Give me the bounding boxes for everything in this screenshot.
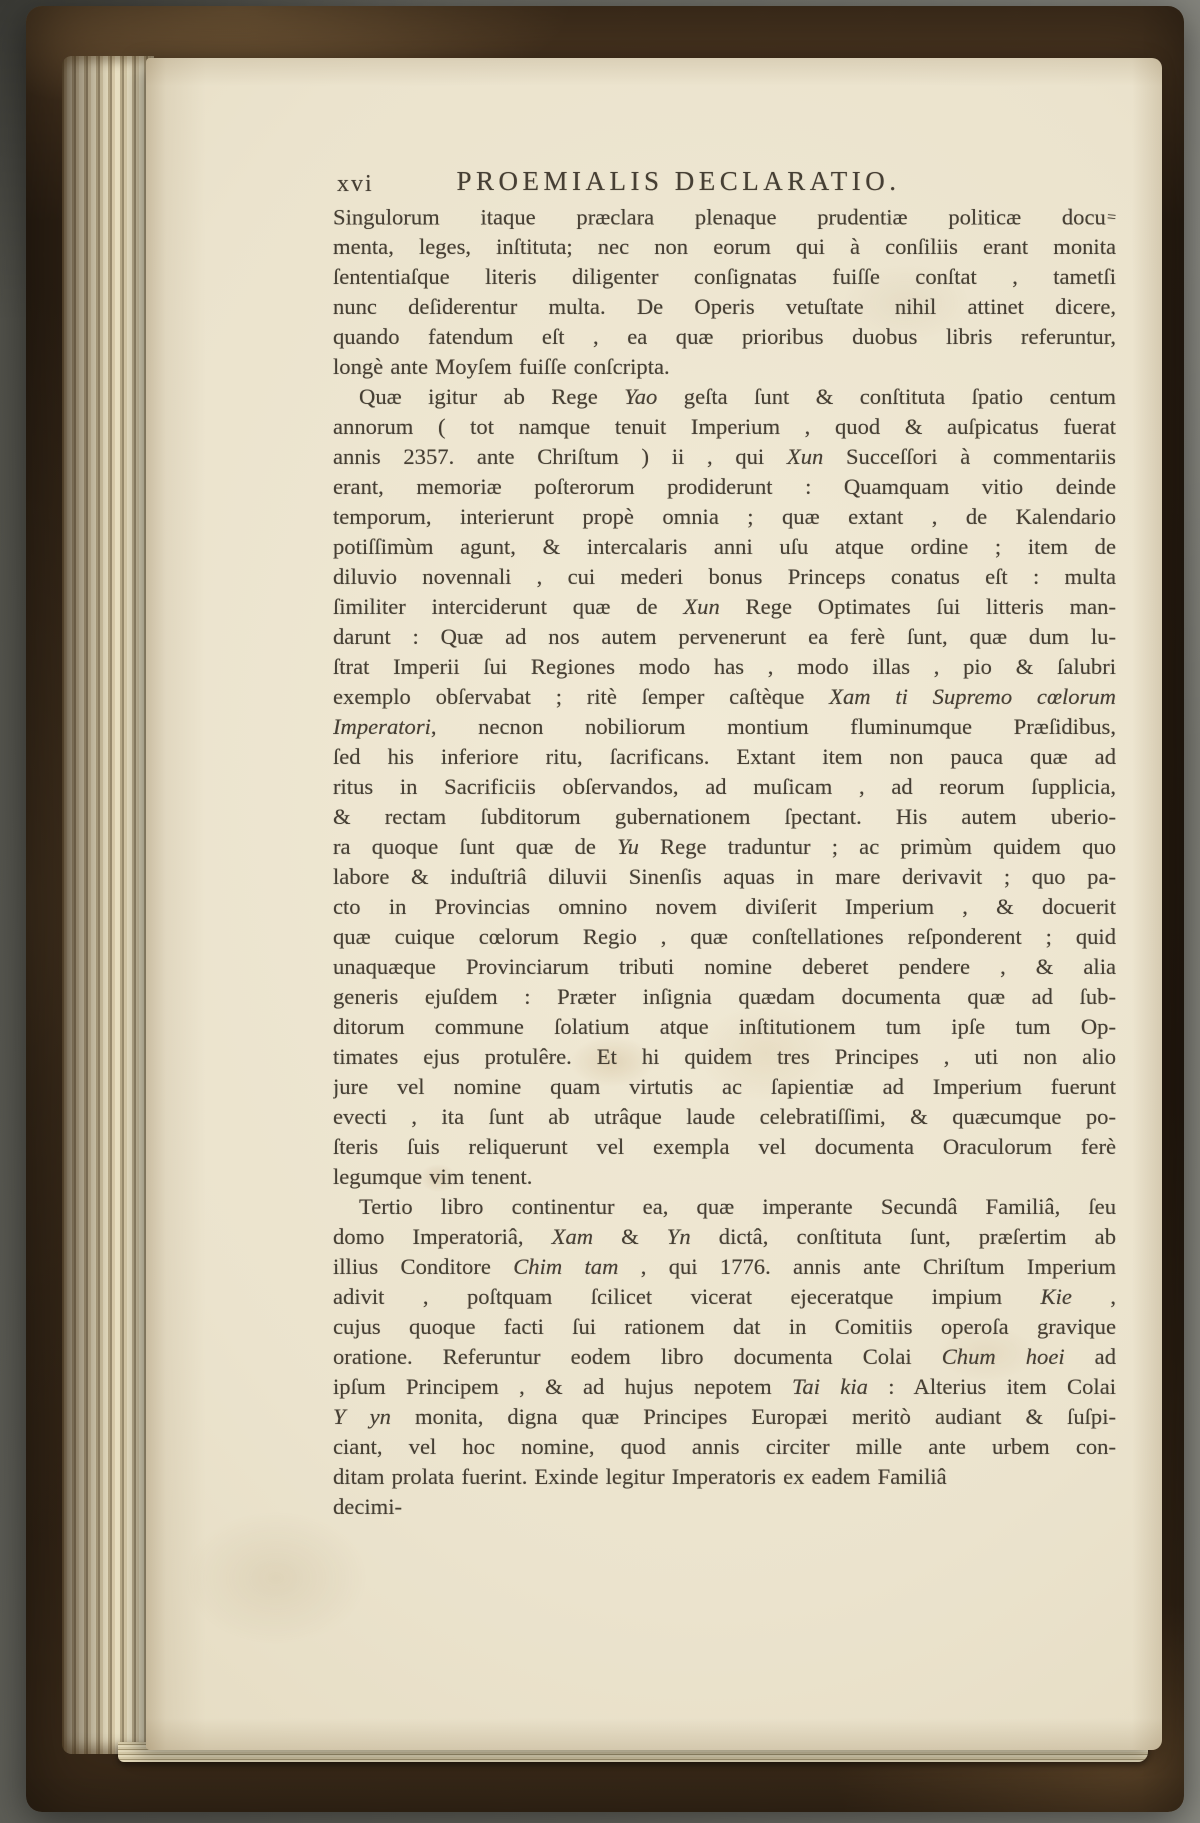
text-segment: adivit , poſtquam ſcilicet vicerat ejece…: [333, 1284, 1041, 1309]
text-segment: quæ cuique cœlorum Regio , quæ conſtella…: [333, 924, 1116, 949]
text-line: evecti , ita ſunt ab utrâque laude celeb…: [333, 1102, 1116, 1132]
text-line: quæ cuique cœlorum Regio , quæ conſtella…: [333, 922, 1116, 952]
text-line: longè ante Moyſem fuiſſe conſcripta.: [333, 352, 1116, 382]
text-line: & rectam ſubditorum gubernationem ſpecta…: [333, 802, 1116, 832]
text-line: jure vel nomine quam virtutis ac ſapient…: [333, 1072, 1116, 1102]
text-segment: diluvio novennali , cui mederi bonus Pri…: [333, 564, 1116, 589]
text-segment: annorum ( tot namque tenuit Imperium , q…: [333, 414, 1116, 439]
paragraph: Tertio libro continentur ea, quæ imperan…: [333, 1192, 1116, 1492]
text-line: diluvio novennali , cui mederi bonus Pri…: [333, 562, 1116, 592]
text-segment: cujus quoque facti ſui rationem dat in C…: [333, 1314, 1116, 1339]
text-line: timates ejus protulêre. Et hi quidem tre…: [333, 1042, 1116, 1072]
text-line: oratione. Referuntur eodem libro documen…: [333, 1342, 1116, 1372]
text-segment: dictâ, conſtituta ſunt, præſertim ab: [691, 1224, 1116, 1249]
italic-term: Imperatori: [333, 714, 431, 739]
text-segment: jure vel nomine quam virtutis ac ſapient…: [333, 1074, 1116, 1099]
text-segment: legumque vim tenent.: [333, 1164, 532, 1189]
text-segment: ditam prolata fuerint. Exinde legitur Im…: [333, 1464, 947, 1489]
text-segment: ditorum commune ſolatium atque inſtituti…: [333, 1014, 1116, 1039]
text-segment: unaquæque Provinciarum tributi nomine de…: [333, 954, 1116, 979]
paragraph: Singulorum itaque præclara plenaque prud…: [333, 202, 1116, 382]
text-line: unaquæque Provinciarum tributi nomine de…: [333, 952, 1116, 982]
page-number: xvi: [337, 171, 374, 198]
text-line: Imperatori, necnon nobiliorum montium fl…: [333, 712, 1116, 742]
text-body: Singulorum itaque præclara plenaque prud…: [333, 202, 1116, 1522]
text-block: xvi PROEMIALIS DECLARATIO. Singulorum it…: [333, 166, 1116, 1522]
italic-term: Chim tam: [513, 1254, 618, 1279]
italic-term: Yn: [667, 1224, 691, 1249]
running-title: PROEMIALIS DECLARATIO.: [333, 166, 1116, 197]
text-segment: menta, leges, inſtituta; nec non eorum q…: [333, 234, 1116, 259]
catchword: decimi-: [333, 1492, 1116, 1522]
text-segment: monita, digna quæ Principes Europæi meri…: [391, 1404, 1116, 1429]
text-segment: evecti , ita ſunt ab utrâque laude celeb…: [333, 1104, 1116, 1129]
text-segment: &: [593, 1224, 667, 1249]
italic-term: Xam: [552, 1224, 593, 1249]
text-segment: longè ante Moyſem fuiſſe conſcripta.: [333, 354, 670, 379]
text-line: nunc deſiderentur multa. De Operis vetuſ…: [333, 292, 1116, 322]
text-line: generis ejuſdem : Præter inſignia quædam…: [333, 982, 1116, 1012]
text-line: labore & induſtriâ diluvii Sinenſis aqua…: [333, 862, 1116, 892]
text-segment: labore & induſtriâ diluvii Sinenſis aqua…: [333, 864, 1116, 889]
text-segment: darunt : Quæ ad nos autem pervenerunt ea…: [333, 624, 1116, 649]
text-line: annis 2357. ante Chriſtum ) ii , qui Xun…: [333, 442, 1116, 472]
text-segment: timates ejus protulêre. Et hi quidem tre…: [333, 1044, 1116, 1069]
text-segment: ſtrat Imperii ſui Regiones modo has , mo…: [333, 654, 1116, 679]
text-segment: ciant, vel hoc nomine, quod annis circit…: [333, 1434, 1116, 1459]
text-line: menta, leges, inſtituta; nec non eorum q…: [333, 232, 1116, 262]
text-segment: : Alterius item Colai: [868, 1374, 1116, 1399]
text-line: ſententiaſque literis diligenter conſign…: [333, 262, 1116, 292]
text-line: adivit , poſtquam ſcilicet vicerat ejece…: [333, 1282, 1116, 1312]
text-segment: ,: [1072, 1284, 1116, 1309]
text-line: quando fatendum eſt , ea quæ prioribus d…: [333, 322, 1116, 352]
text-segment: Rege Optimates ſui litteris man-: [720, 594, 1116, 619]
text-line: ſed his inferiore ritu, ſacrificans. Ext…: [333, 742, 1116, 772]
italic-term: Xam ti Supremo cœlorum: [829, 684, 1116, 709]
text-segment: ſed his inferiore ritu, ſacrificans. Ext…: [333, 744, 1116, 769]
text-segment: Rege traduntur ; ac primùm quidem quo: [639, 834, 1116, 859]
text-line: Quæ igitur ab Rege Yao geſta ſunt & conſ…: [333, 382, 1116, 412]
text-line: temporum, interierunt propè omnia ; quæ …: [333, 502, 1116, 532]
italic-term: Tai kia: [792, 1374, 868, 1399]
text-segment: generis ejuſdem : Præter inſignia quædam…: [333, 984, 1116, 1009]
italic-term: Yu: [617, 834, 639, 859]
text-segment: ſimiliter interciderunt quæ de: [333, 594, 683, 619]
paragraph: Quæ igitur ab Rege Yao geſta ſunt & conſ…: [333, 382, 1116, 1192]
text-line: ditorum commune ſolatium atque inſtituti…: [333, 1012, 1116, 1042]
text-segment: geſta ſunt & conſtituta ſpatio centum: [657, 384, 1116, 409]
text-segment: quando fatendum eſt , ea quæ prioribus d…: [333, 324, 1116, 349]
text-line: ſimiliter interciderunt quæ de Xun Rege …: [333, 592, 1116, 622]
italic-term: Chum hoei: [942, 1344, 1065, 1369]
text-segment: Succeſſori à commentariis: [823, 444, 1116, 469]
italic-term: Xun: [683, 594, 719, 619]
text-segment: ipſum Principem , & ad hujus nepotem: [333, 1374, 792, 1399]
double-hyphen-mark: =: [1105, 202, 1116, 232]
text-segment: cto in Provincias omnino novem diviſerit…: [333, 894, 1116, 919]
italic-term: Yao: [624, 384, 657, 409]
text-line: Singulorum itaque præclara plenaque prud…: [333, 202, 1116, 232]
text-line: exemplo obſervabat ; ritè ſemper caſtèqu…: [333, 682, 1116, 712]
text-line: ra quoque ſunt quæ de Yu Rege traduntur …: [333, 832, 1116, 862]
text-segment: & rectam ſubditorum gubernationem ſpecta…: [333, 804, 1116, 829]
text-line: ſteris ſuis reliquerunt vel exempla vel …: [333, 1132, 1116, 1162]
text-line: annorum ( tot namque tenuit Imperium , q…: [333, 412, 1116, 442]
italic-term: Xun: [787, 444, 823, 469]
text-segment: domo Imperatoriâ,: [333, 1224, 552, 1249]
text-segment: erant, memoriæ poſterorum prodiderunt : …: [333, 474, 1116, 499]
text-line: potiſſimùm agunt, & intercalaris anni uſ…: [333, 532, 1116, 562]
text-line: ſtrat Imperii ſui Regiones modo has , mo…: [333, 652, 1116, 682]
text-segment: oratione. Referuntur eodem libro documen…: [333, 1344, 942, 1369]
page-header: xvi PROEMIALIS DECLARATIO.: [333, 166, 1116, 200]
text-line: legumque vim tenent.: [333, 1162, 1116, 1192]
text-segment: Quæ igitur ab Rege: [359, 384, 624, 409]
text-line: cto in Provincias omnino novem diviſerit…: [333, 892, 1116, 922]
italic-term: Kie: [1041, 1284, 1072, 1309]
text-segment: Singulorum itaque præclara plenaque prud…: [333, 205, 1106, 230]
text-line: ipſum Principem , & ad hujus nepotem Tai…: [333, 1372, 1116, 1402]
text-segment: temporum, interierunt propè omnia ; quæ …: [333, 504, 1116, 529]
text-line: Tertio libro continentur ea, quæ imperan…: [333, 1192, 1116, 1222]
text-segment: , necnon nobiliorum montium fluminumque …: [431, 714, 1116, 739]
text-segment: potiſſimùm agunt, & intercalaris anni uſ…: [333, 534, 1116, 559]
text-line: illius Conditore Chim tam , qui 1776. an…: [333, 1252, 1116, 1282]
text-line: darunt : Quæ ad nos autem pervenerunt ea…: [333, 622, 1116, 652]
text-segment: ſteris ſuis reliquerunt vel exempla vel …: [333, 1134, 1116, 1159]
text-segment: exemplo obſervabat ; ritè ſemper caſtèqu…: [333, 684, 829, 709]
text-line: ditam prolata fuerint. Exinde legitur Im…: [333, 1462, 1116, 1492]
text-segment: ritus in Sacrificiis obſervandos, ad muſ…: [333, 774, 1116, 799]
text-segment: nunc deſiderentur multa. De Operis vetuſ…: [333, 294, 1116, 319]
text-line: Y yn monita, digna quæ Principes Europæi…: [333, 1402, 1116, 1432]
text-segment: illius Conditore: [333, 1254, 513, 1279]
text-line: ritus in Sacrificiis obſervandos, ad muſ…: [333, 772, 1116, 802]
text-segment: Tertio libro continentur ea, quæ imperan…: [359, 1194, 1116, 1219]
italic-term: Y yn: [333, 1404, 391, 1429]
text-segment: , qui 1776. annis ante Chriſtum Imperium: [618, 1254, 1116, 1279]
text-segment: ſententiaſque literis diligenter conſign…: [333, 264, 1116, 289]
text-line: cujus quoque facti ſui rationem dat in C…: [333, 1312, 1116, 1342]
text-segment: ad: [1065, 1344, 1116, 1369]
text-segment: ra quoque ſunt quæ de: [333, 834, 617, 859]
text-line: erant, memoriæ poſterorum prodiderunt : …: [333, 472, 1116, 502]
page-stack-edge: [62, 56, 154, 1754]
book-page: xvi PROEMIALIS DECLARATIO. Singulorum it…: [146, 58, 1162, 1750]
text-segment: annis 2357. ante Chriſtum ) ii , qui: [333, 444, 787, 469]
text-line: domo Imperatoriâ, Xam & Yn dictâ, conſti…: [333, 1222, 1116, 1252]
text-line: ciant, vel hoc nomine, quod annis circit…: [333, 1432, 1116, 1462]
